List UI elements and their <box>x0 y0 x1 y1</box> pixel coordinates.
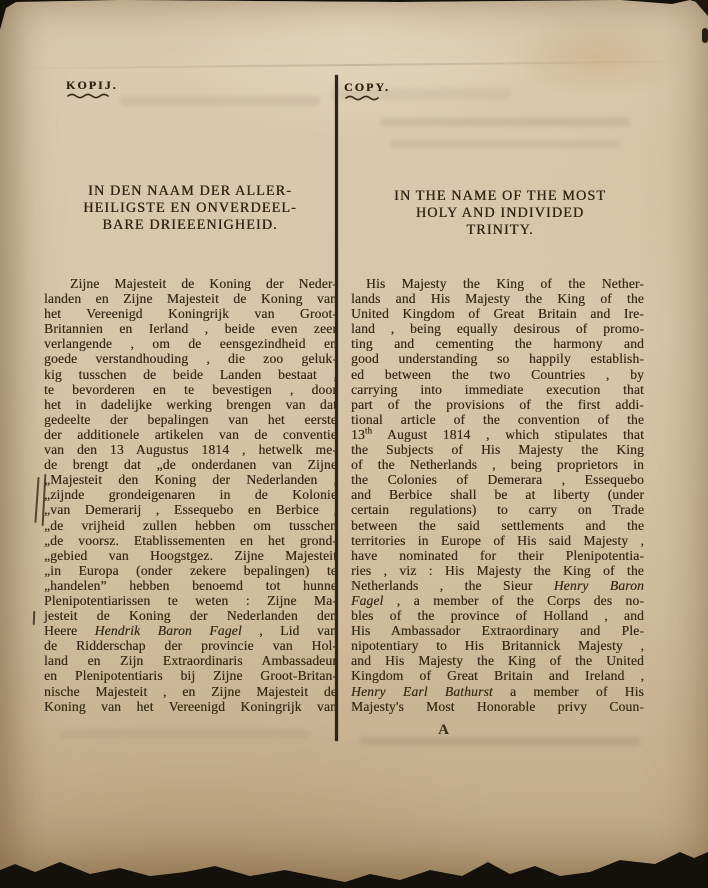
dutch-text-line: „gebied van Hoogstgez. Zijne Majesteit <box>44 548 337 563</box>
margin-pen-mark <box>34 477 39 523</box>
english-text-line: certain regulations) to carry on Trade <box>351 502 644 517</box>
dutch-column-label: KOPIJ. <box>66 78 118 100</box>
english-text-line: and Berbice shall be at liberty (under <box>351 487 644 502</box>
dutch-text-line: de Ridderschap der provincie van Hol- <box>44 638 337 653</box>
english-text-line: ting and cementing the harmony and <box>351 336 644 351</box>
english-text-line: between the said settlements and the <box>351 518 644 533</box>
dutch-text-line: Heere Hendrik Baron Fagel , Lid van <box>44 623 337 638</box>
english-column-label-text: COPY. <box>344 80 390 94</box>
english-text-line: United Kingdom of Great Britain and Ire- <box>351 306 644 321</box>
english-text-line: good understanding so happily establish- <box>351 351 644 366</box>
dutch-text-line: „Majesteit den Koning der Nederlanden , <box>44 472 337 487</box>
edge-notch <box>702 28 708 43</box>
english-text-line: Fagel , a member of the Corps des no- <box>351 593 644 608</box>
paper-crease <box>0 60 708 69</box>
pencil-smudge <box>120 96 320 106</box>
english-text-line: 13th August 1814 , which stipulates that <box>351 427 644 442</box>
english-text-line: carrying into immediate execution that <box>351 382 644 397</box>
dutch-text-line: „zijnde grondeigenaren in de Kolonie <box>44 487 337 502</box>
english-text-line: Netherlands , the Sieur Henry Baron <box>351 578 644 593</box>
squiggle-underline-icon <box>67 92 111 100</box>
dutch-heading-line: HEILIGSTE EN ONVERDEEL- <box>45 200 335 217</box>
dutch-text-line: te bevorderen en te bevestigen , door <box>44 382 337 397</box>
dutch-text-line: Britannien en Ierland , beide even zeer <box>44 321 337 336</box>
dutch-text-line: en Plenipotentiaris bij Zijne Groot-Brit… <box>44 668 337 683</box>
bleedthrough-smudge <box>380 118 630 126</box>
dutch-heading: IN DEN NAAM DER ALLER-HEILIGSTE EN ONVER… <box>45 183 335 234</box>
dutch-body-text: Zijne Majesteit de Koning der Neder-land… <box>44 276 337 714</box>
bleedthrough-smudge <box>390 140 620 148</box>
dutch-text-line: „de voorsz. Etablissementen en het grond… <box>44 533 337 548</box>
dutch-heading-line: BARE DRIEEENIGHEID. <box>45 217 335 234</box>
dutch-text-line: gedeelte der bepalingen van het eerste <box>44 412 337 427</box>
english-text-line: His Ambassador Extraordinary and Ple- <box>351 623 644 638</box>
dutch-text-line: goede verstandhouding , die zoo geluk- <box>44 351 337 366</box>
english-text-line: tional article of the convention of the <box>351 412 644 427</box>
english-heading-line: IN THE NAME OF THE MOST <box>350 188 650 205</box>
dutch-text-line: de brengt dat „de onderdanen van Zijne <box>44 457 337 472</box>
english-text-line: ries , viz : His Majesty the King of the <box>351 563 644 578</box>
english-heading-line: TRINITY. <box>350 222 650 239</box>
english-text-line: part of the provisions of the first addi… <box>351 397 644 412</box>
dutch-text-line: het in dadelijke werking brengen van dat <box>44 397 337 412</box>
english-text-line: land , being equally desirous of promo- <box>351 321 644 336</box>
english-body-text: His Majesty the King of the Nether-lands… <box>351 276 644 714</box>
dutch-text-line: van den 13 Augustus 1814 , hetwelk me- <box>44 442 337 457</box>
margin-pen-mark <box>33 611 35 625</box>
english-text-line: bles of the province of Holland , and <box>351 608 644 623</box>
document-page: KOPIJ. COPY. IN DEN NAAM DER ALLER-HEILI… <box>0 0 708 888</box>
english-text-line: nipotentiary to His Britannick Majesty , <box>351 638 644 653</box>
english-text-line: Kingdom of Great Britain and Ireland , <box>351 668 644 683</box>
english-heading-line: HOLY AND INDIVIDED <box>350 205 650 222</box>
dutch-text-line: Plenipotentiarissen te weten : Zijne Ma- <box>44 593 337 608</box>
english-text-line: the Colonies of Demerara , Essequebo <box>351 472 644 487</box>
dutch-text-line: Koning van het Vereenigd Koningrijk van <box>44 699 337 714</box>
english-text-line: the Subjects of His Majesty the King <box>351 442 644 457</box>
dutch-text-line: het Vereenigd Koningrijk van Groot- <box>44 306 337 321</box>
english-text-line: His Majesty the King of the Nether- <box>351 276 644 291</box>
english-text-line: Henry Earl Bathurst a member of His <box>351 684 644 699</box>
dutch-text-line: „van Demerarij , Essequebo en Berbice , <box>44 502 337 517</box>
dutch-text-line: Zijne Majesteit de Koning der Neder- <box>44 276 337 291</box>
scanned-document-photo: KOPIJ. COPY. IN DEN NAAM DER ALLER-HEILI… <box>0 0 708 888</box>
dutch-text-line: landen en Zijne Majesteit de Koning van <box>44 291 337 306</box>
dutch-text-line: jesteit de Koning der Nederlanden den <box>44 608 337 623</box>
dutch-text-line: der additionele artikelen van de convent… <box>44 427 337 442</box>
english-text-line: Majesty's Most Honorable privy Coun- <box>351 699 644 714</box>
english-text-line: have nominated for their Plenipotentia- <box>351 548 644 563</box>
english-text-line: ed between the two Countries , by <box>351 367 644 382</box>
dutch-text-line: kig tusschen de beide Landen bestaat , <box>44 367 337 382</box>
dutch-text-line: „in Europa (onder zekere bepalingen) te <box>44 563 337 578</box>
dutch-heading-line: IN DEN NAAM DER ALLER- <box>45 183 335 200</box>
english-heading: IN THE NAME OF THE MOSTHOLY AND INDIVIDE… <box>350 188 650 239</box>
bleedthrough-smudge <box>60 730 310 738</box>
signature-mark: A <box>351 722 537 739</box>
dutch-text-line: land en Zijn Extraordinaris Ambassadeur <box>44 653 337 668</box>
dutch-text-line: nische Majesteit , en Zijne Majesteit de <box>44 684 337 699</box>
dutch-text-line: verlangende , om de eensgezindheid en <box>44 336 337 351</box>
english-text-line: territories in Europe of His said Majest… <box>351 533 644 548</box>
english-column-label: COPY. <box>344 80 390 102</box>
dutch-column-label-text: KOPIJ. <box>66 78 118 92</box>
english-text-line: of the Netherlands , being proprietors i… <box>351 457 644 472</box>
english-text-line: lands and His Majesty the King of the <box>351 291 644 306</box>
squiggle-underline-icon <box>345 94 385 102</box>
dutch-text-line: „handelen” hebben benoemd tot hunne <box>44 578 337 593</box>
dutch-text-line: „de vrijheid zullen hebben om tusschen <box>44 518 337 533</box>
english-text-line: and His Majesty the King of the United <box>351 653 644 668</box>
